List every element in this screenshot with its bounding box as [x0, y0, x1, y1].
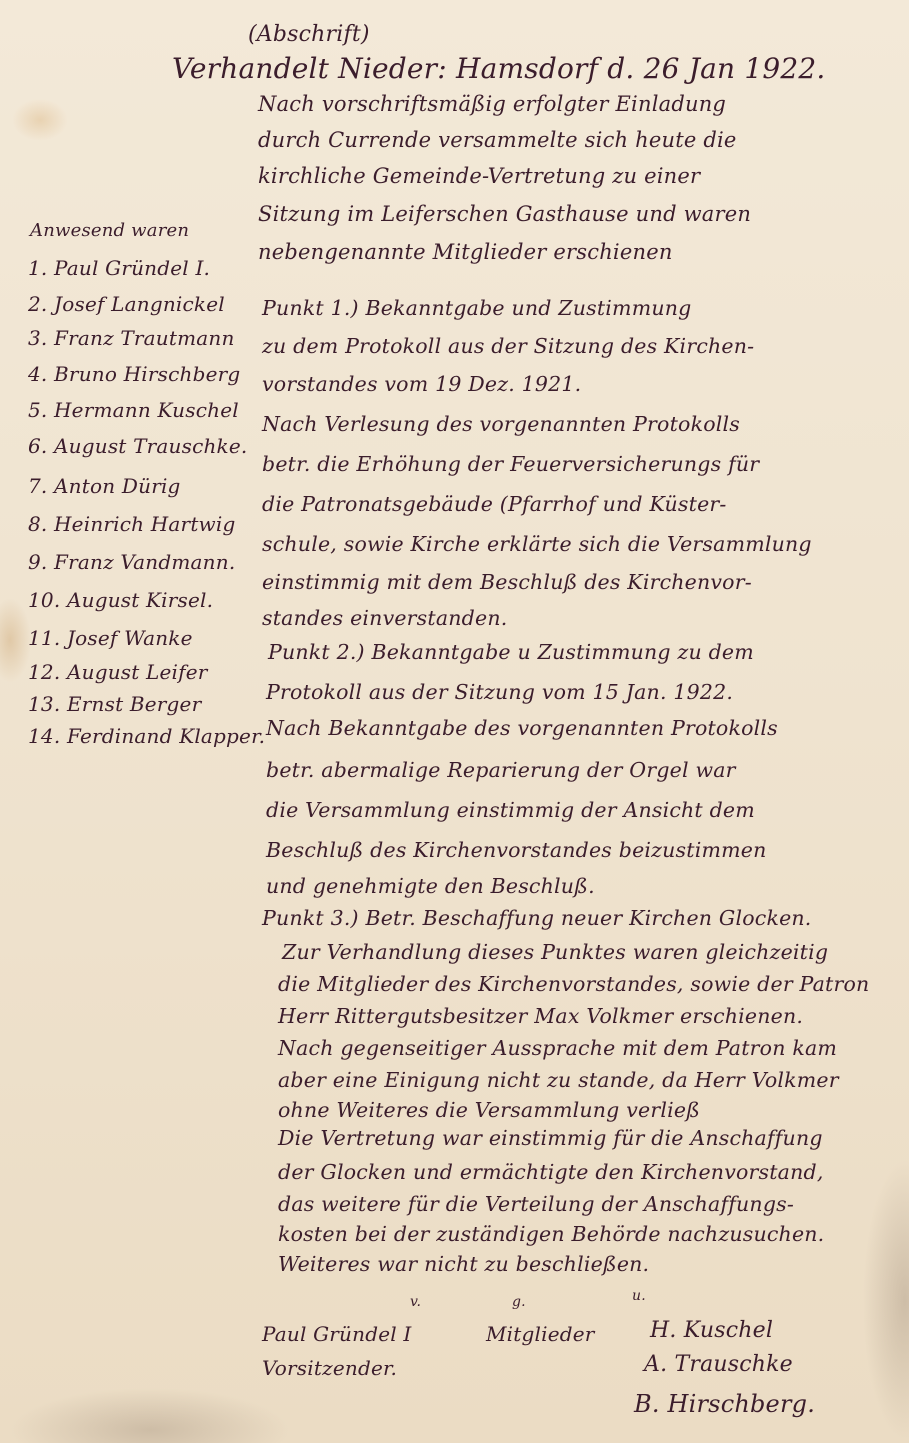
- chair-title: Vorsitzender.: [262, 1356, 397, 1380]
- body-line: einstimmig mit dem Beschluß des Kirchenv…: [262, 570, 752, 594]
- body-line: Punkt 3.) Betr. Beschaffung neuer Kirche…: [262, 906, 812, 930]
- attendee-item: 8. Heinrich Hartwig: [28, 512, 235, 536]
- attendee-item: 1. Paul Gründel I.: [28, 256, 210, 280]
- attendee-item: 4. Bruno Hirschberg: [28, 362, 240, 386]
- intro-line: durch Currende versammelte sich heute di…: [258, 128, 737, 152]
- body-line: Die Vertretung war einstimmig für die An…: [278, 1126, 823, 1150]
- body-line: Weiteres war nicht zu beschließen.: [278, 1252, 649, 1276]
- members-label: Mitglieder: [486, 1322, 595, 1346]
- attendee-item: 13. Ernst Berger: [28, 692, 201, 716]
- attendee-heading: Anwesend waren: [30, 220, 189, 241]
- body-line: zu dem Protokoll aus der Sitzung des Kir…: [262, 334, 754, 358]
- body-line: Nach gegenseitiger Aussprache mit dem Pa…: [278, 1036, 837, 1060]
- body-line: Protokoll aus der Sitzung vom 15 Jan. 19…: [266, 680, 733, 704]
- attendee-item: 9. Franz Vandmann.: [28, 550, 235, 574]
- body-line: Nach Bekanntgabe des vorgenannten Protok…: [266, 716, 778, 740]
- body-line: ohne Weiteres die Versammlung verließ: [278, 1098, 700, 1122]
- attendee-item: 6. August Trauschke.: [28, 434, 247, 458]
- member-signature: B. Hirschberg.: [634, 1390, 815, 1418]
- signature-mark: u.: [632, 1288, 646, 1304]
- body-line: der Glocken und ermächtigte den Kirchenv…: [278, 1160, 824, 1184]
- attendee-item: 2. Josef Langnickel: [28, 292, 225, 316]
- attendee-item: 14. Ferdinand Klapper.: [28, 724, 265, 748]
- attendee-item: 12. August Leifer: [28, 660, 208, 684]
- document-heading: Verhandelt Nieder: Hamsdorf d. 26 Jan 19…: [172, 52, 826, 85]
- member-signature: A. Trauschke: [644, 1352, 793, 1377]
- body-line: die Versammlung einstimmig der Ansicht d…: [266, 798, 755, 822]
- body-line: das weitere für die Verteilung der Ansch…: [278, 1192, 794, 1216]
- intro-line: kirchliche Gemeinde-Vertretung zu einer: [258, 164, 700, 188]
- body-line: aber eine Einigung nicht zu stande, da H…: [278, 1068, 839, 1092]
- body-line: die Mitglieder des Kirchenvorstandes, so…: [278, 972, 869, 996]
- copy-mark: (Abschrift): [248, 22, 370, 47]
- body-line: Herr Rittergutsbesitzer Max Volkmer ersc…: [278, 1004, 803, 1028]
- document-page: (Abschrift) Verhandelt Nieder: Hamsdorf …: [0, 0, 909, 1443]
- body-line: Punkt 2.) Bekanntgabe u Zustimmung zu de…: [268, 640, 754, 664]
- attendee-item: 10. August Kirsel.: [28, 588, 213, 612]
- body-line: betr. die Erhöhung der Feuerversicherung…: [262, 452, 759, 476]
- intro-line: Sitzung im Leiferschen Gasthause und war…: [258, 202, 751, 226]
- body-line: Punkt 1.) Bekanntgabe und Zustimmung: [262, 296, 691, 320]
- body-line: kosten bei der zuständigen Behörde nachz…: [278, 1222, 824, 1246]
- body-line: die Patronatsgebäude (Pfarrhof und Küste…: [262, 492, 727, 516]
- body-line: standes einverstanden.: [262, 606, 507, 630]
- intro-line: nebengenannte Mitglieder erschienen: [258, 240, 673, 264]
- chair-signature: Paul Gründel I: [262, 1322, 412, 1346]
- attendee-item: 5. Hermann Kuschel: [28, 398, 239, 422]
- body-line: Nach Verlesung des vorgenannten Protokol…: [262, 412, 740, 436]
- intro-line: Nach vorschriftsmäßig erfolgter Einladun…: [258, 92, 726, 116]
- body-line: vorstandes vom 19 Dez. 1921.: [262, 372, 581, 396]
- signature-mark: g.: [512, 1294, 526, 1310]
- signature-mark: v.: [410, 1294, 421, 1310]
- attendee-item: 11. Josef Wanke: [28, 626, 193, 650]
- attendee-item: 7. Anton Dürig: [28, 474, 181, 498]
- body-line: schule, sowie Kirche erklärte sich die V…: [262, 532, 812, 556]
- body-line: betr. abermalige Reparierung der Orgel w…: [266, 758, 736, 782]
- body-line: Zur Verhandlung dieses Punktes waren gle…: [282, 940, 828, 964]
- body-line: Beschluß des Kirchenvorstandes beizustim…: [266, 838, 767, 862]
- member-signature: H. Kuschel: [650, 1318, 773, 1343]
- attendee-item: 3. Franz Trautmann: [28, 326, 235, 350]
- body-line: und genehmigte den Beschluß.: [266, 874, 595, 898]
